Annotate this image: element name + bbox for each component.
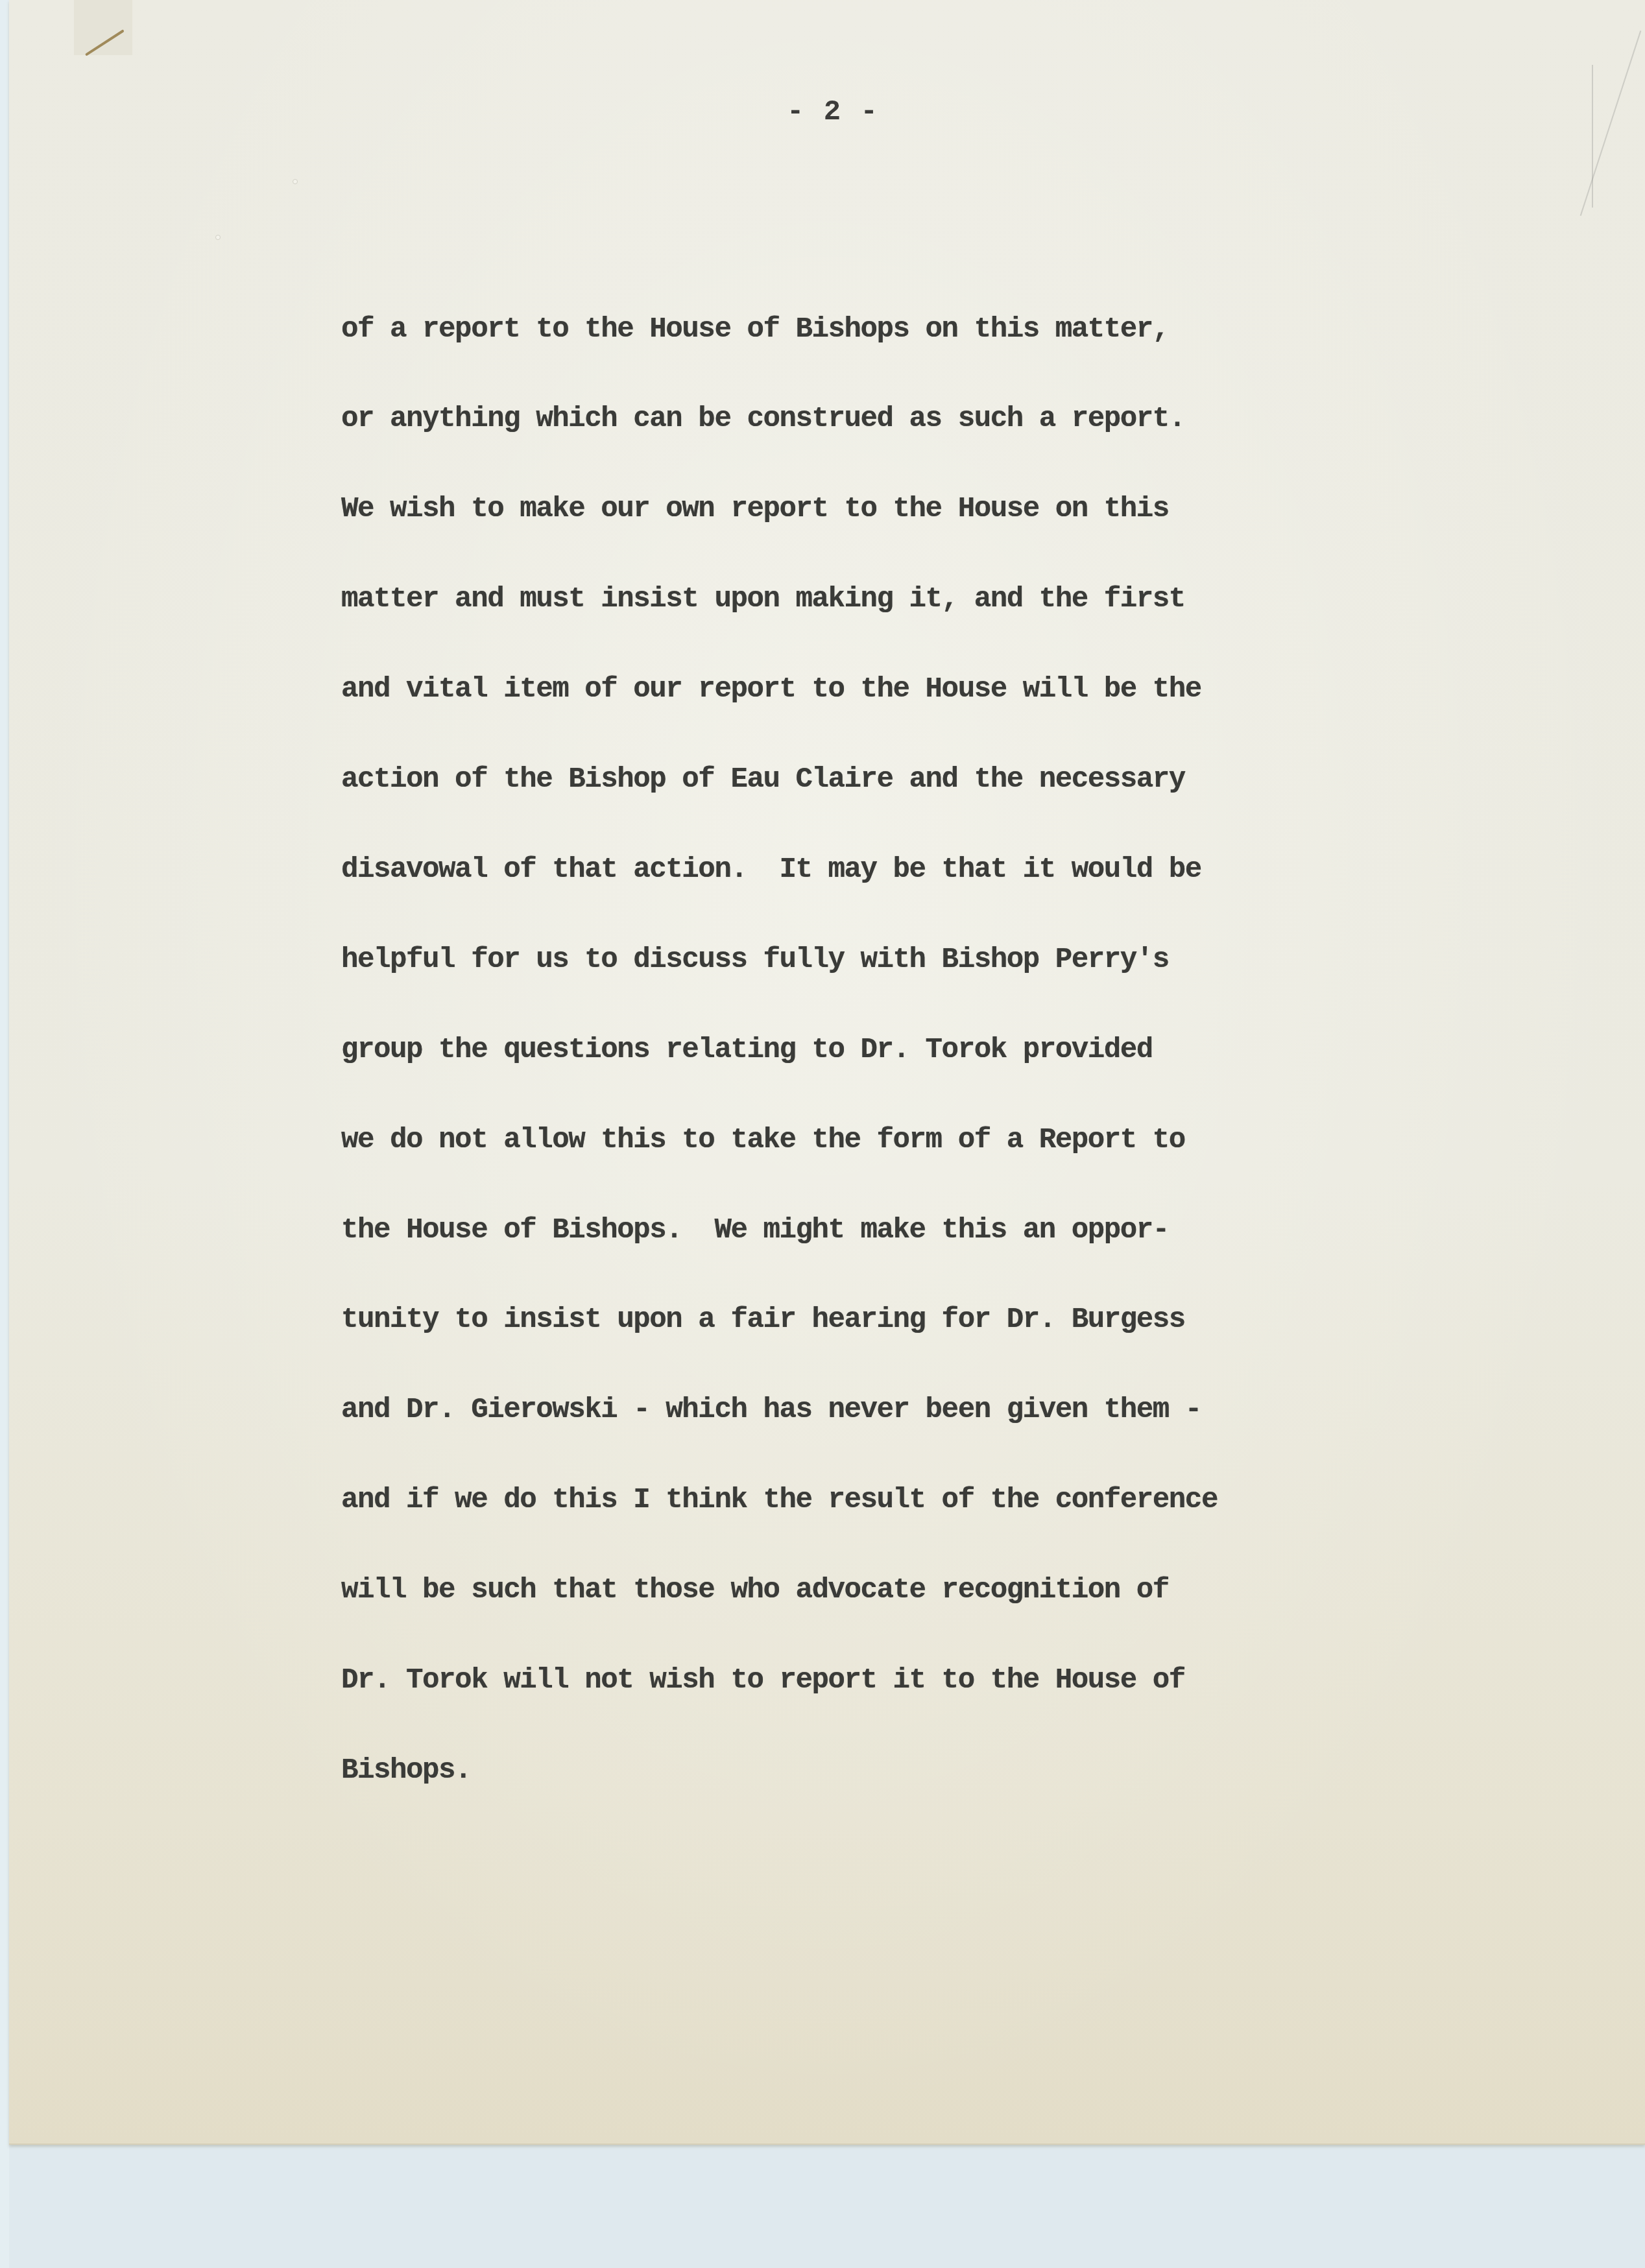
text-line: and vital item of our report to the Hous… — [341, 674, 1457, 704]
paper-crease — [1592, 65, 1593, 208]
text-line: of a report to the House of Bishops on t… — [341, 315, 1457, 344]
text-line: action of the Bishop of Eau Claire and t… — [341, 765, 1457, 794]
text-line: and Dr. Gierowski - which has never been… — [341, 1395, 1457, 1425]
document-page: - 2 - of a report to the House of Bishop… — [9, 0, 1645, 2145]
text-line: we do not allow this to take the form of… — [341, 1125, 1457, 1155]
text-line: group the questions relating to Dr. Toro… — [341, 1035, 1457, 1065]
text-line: the House of Bishops. We might make this… — [341, 1215, 1457, 1245]
text-line: Bishops. — [341, 1756, 1457, 1785]
text-line: Dr. Torok will not wish to report it to … — [341, 1665, 1457, 1695]
text-line: or anything which can be construed as su… — [341, 404, 1457, 434]
paper-crease — [1580, 30, 1642, 216]
text-line: helpful for us to discuss fully with Bis… — [341, 945, 1457, 975]
scanner-background-left-strip — [0, 0, 9, 2268]
text-line: matter and must insist upon making it, a… — [341, 584, 1457, 614]
text-line: tunity to insist upon a fair hearing for… — [341, 1305, 1457, 1335]
page-number: - 2 - — [781, 96, 885, 128]
pin-hole-mark — [293, 179, 298, 184]
typed-body-text: of a report to the House of Bishops on t… — [341, 254, 1457, 1846]
text-line: disavowal of that action. It may be that… — [341, 855, 1457, 885]
text-line: and if we do this I think the result of … — [341, 1485, 1457, 1515]
text-line: We wish to make our own report to the Ho… — [341, 494, 1457, 524]
torn-corner-tab — [74, 0, 132, 55]
pin-hole-mark — [215, 235, 221, 240]
text-line: will be such that those who advocate rec… — [341, 1575, 1457, 1605]
